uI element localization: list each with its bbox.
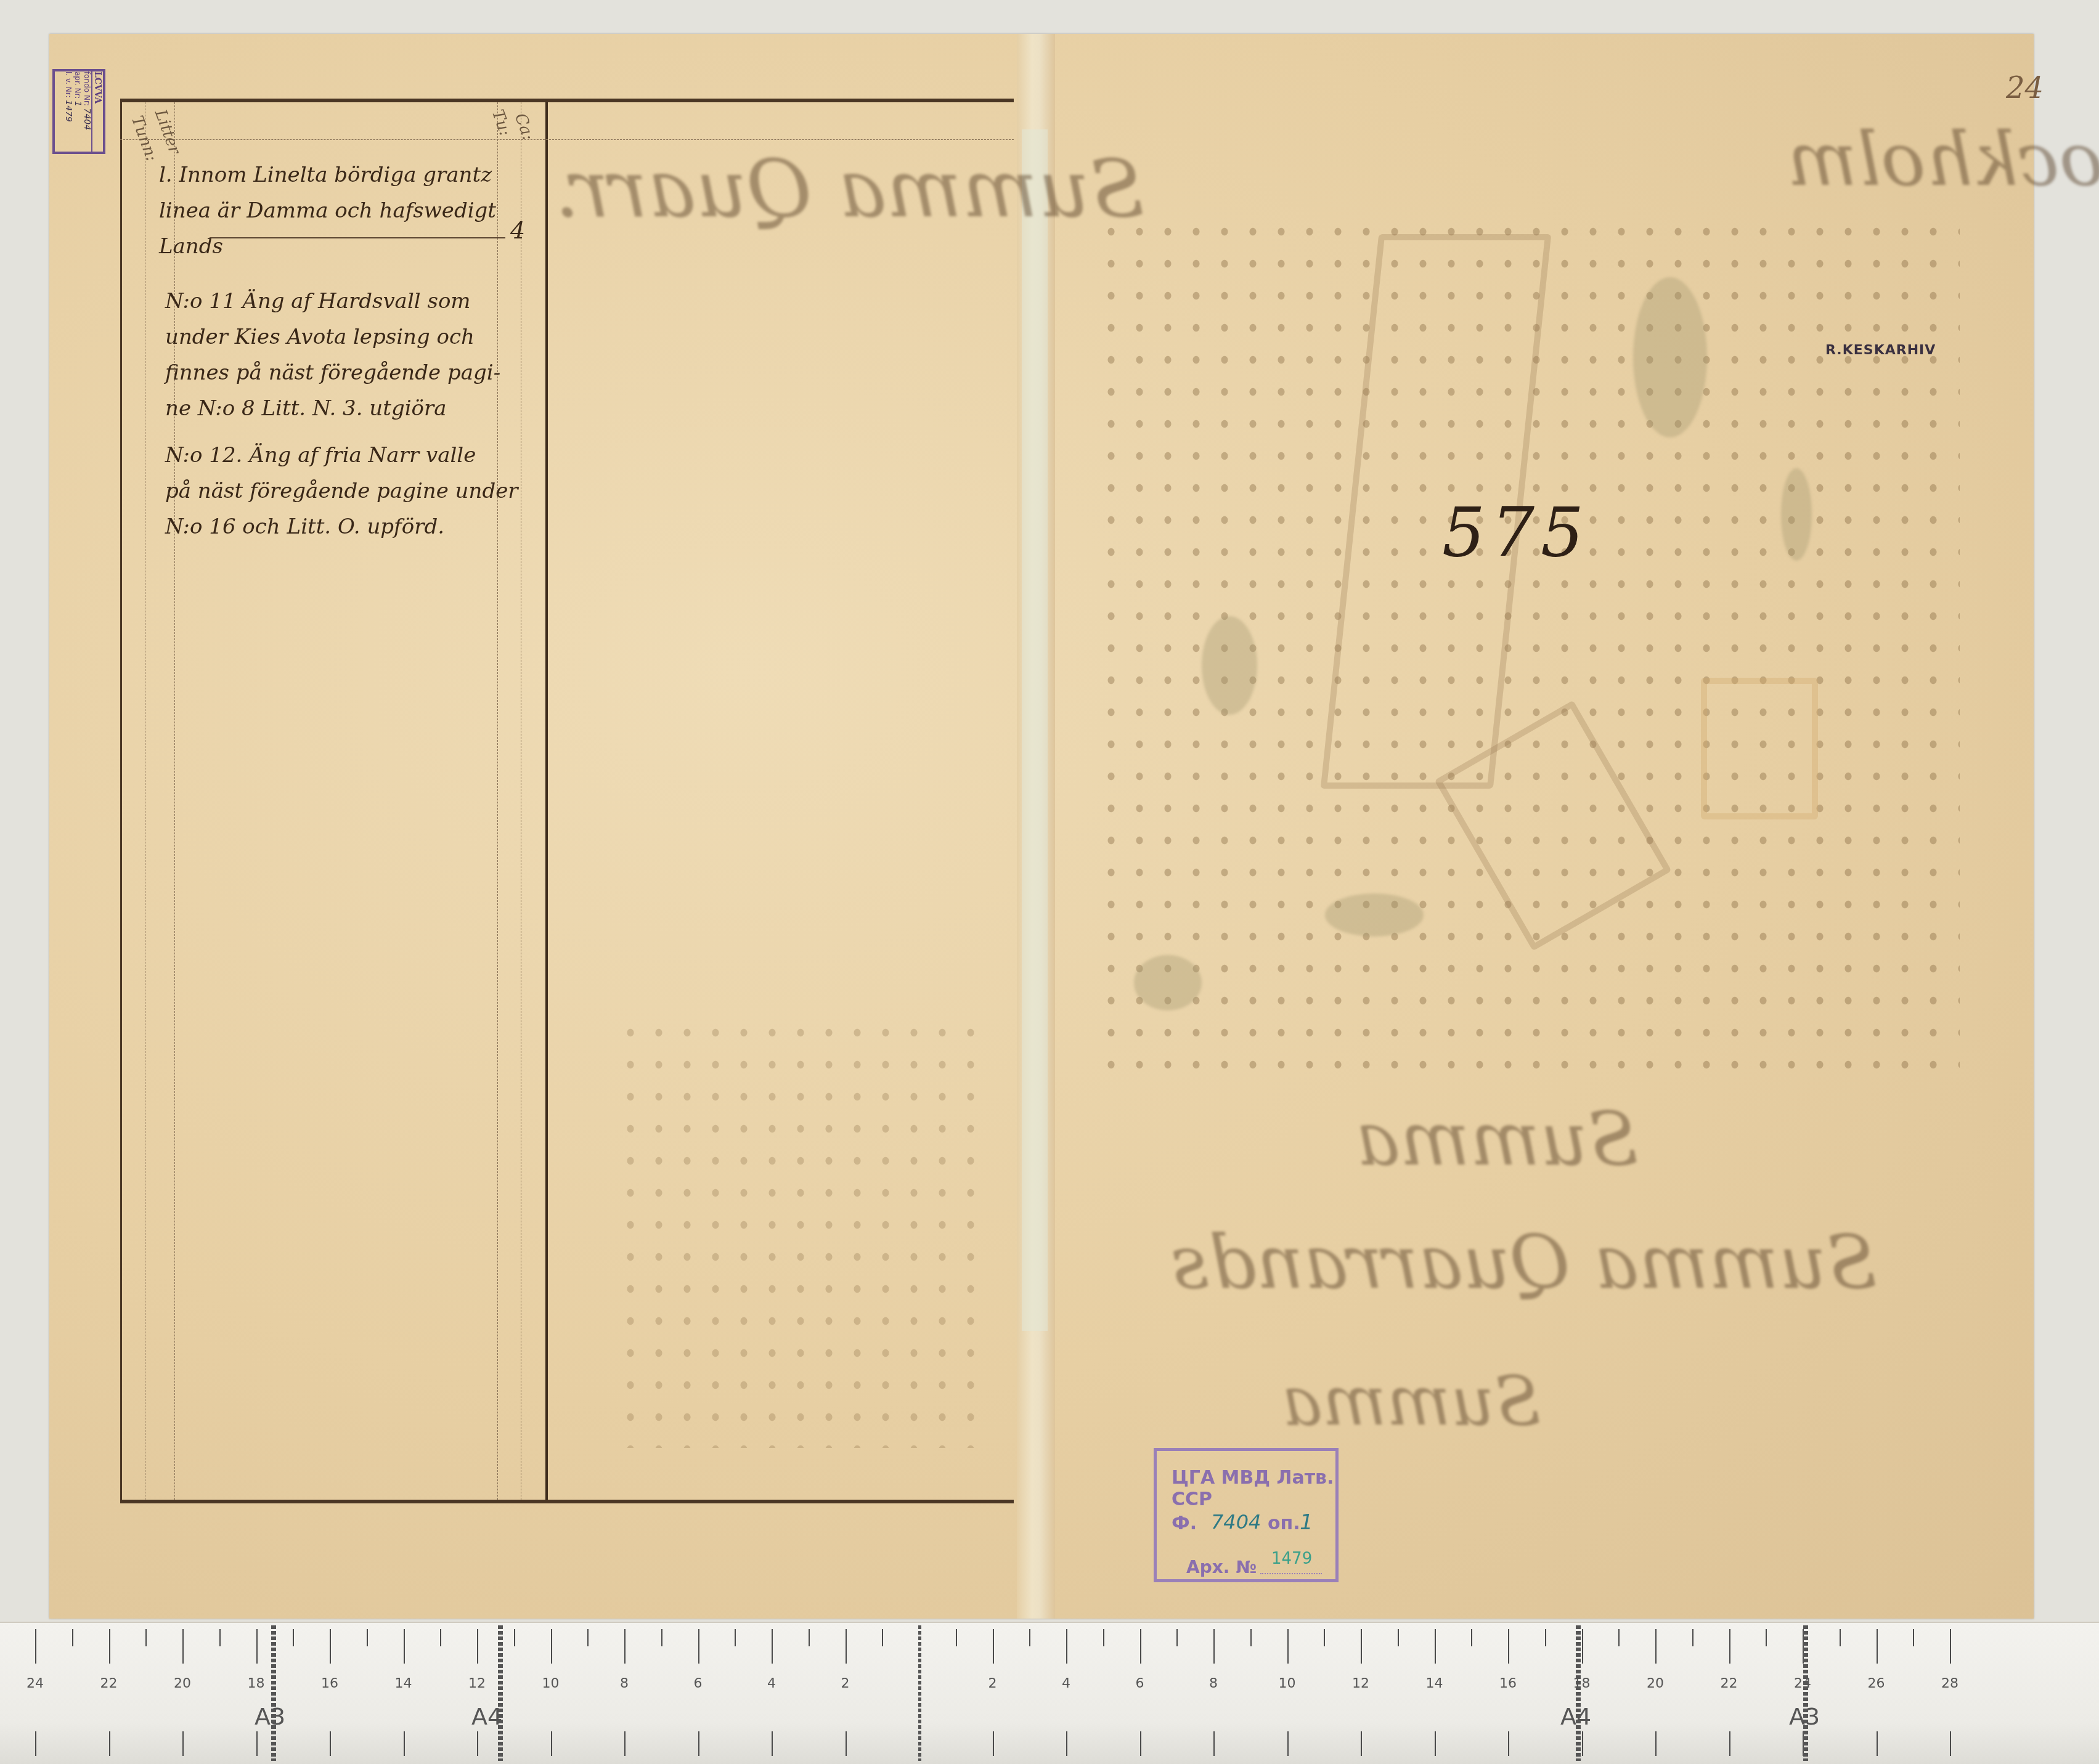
ruler-tick — [1692, 1629, 1693, 1646]
ruler-tick — [1508, 1629, 1509, 1664]
ruler-tick-label: 16 — [1499, 1676, 1517, 1691]
ruler-tick — [330, 1731, 331, 1756]
ruler-tick — [698, 1731, 699, 1756]
ruler-format-label: A3 — [255, 1703, 285, 1730]
ruler-tick — [1435, 1629, 1436, 1664]
repair-tape — [1022, 129, 1048, 1331]
parcel-number: 575 — [1442, 493, 1590, 572]
map-lake — [1134, 955, 1202, 1010]
ruler-tick — [698, 1629, 699, 1664]
ruler-tick-label: 14 — [395, 1676, 412, 1691]
stamp-fond-label: Ф. — [1172, 1513, 1197, 1534]
ruler-tick-label: 6 — [694, 1676, 703, 1691]
ruler-tick — [1287, 1629, 1289, 1664]
archive-stamp-cga: ЦГА МВД Латв. ССР Ф. 7404 оп. 1 Арх. № 1… — [1154, 1448, 1339, 1582]
ruler-tick — [993, 1629, 994, 1664]
ruler-tick — [772, 1629, 773, 1664]
ruler-tick-label: 14 — [1426, 1676, 1443, 1691]
ruler-format-label: A4 — [1560, 1703, 1591, 1730]
ruler-tick — [256, 1629, 258, 1664]
bleed-through-dots — [616, 1017, 986, 1448]
entry-line: ne N:o 8 Litt. N. 3. utgiöra — [165, 391, 486, 426]
ledger-col-line — [145, 102, 145, 1500]
ruler-tick — [1840, 1629, 1841, 1646]
ruler-tick — [1877, 1629, 1878, 1664]
ruler-tick — [182, 1731, 184, 1756]
ruler-tick — [551, 1629, 552, 1664]
ruler-center-mark — [918, 1625, 921, 1761]
ledger-entry: N:o 11 Äng af Hardsvall som under Kies A… — [165, 283, 486, 426]
entry-line: Lands — [159, 229, 479, 264]
ledger-col-divider — [545, 102, 548, 1500]
ruler-tick — [1029, 1629, 1030, 1646]
stamp-arch-label: Арх. № — [1186, 1557, 1257, 1577]
ruler-tick — [1729, 1731, 1730, 1756]
ruler-tick — [1877, 1731, 1878, 1756]
ruler-tick — [624, 1629, 626, 1664]
entry-line: N:o 12. Äng af fria Narr valle — [165, 437, 486, 473]
ruler-tick — [219, 1629, 221, 1646]
ruler-tick — [993, 1731, 994, 1756]
stamp-fond-value: 7404 — [1211, 1510, 1261, 1534]
ruler-tick-label: 22 — [100, 1676, 118, 1691]
ruler-tick — [1582, 1629, 1583, 1664]
page-number: 24 — [2006, 71, 2044, 105]
col-header: Ca: — [511, 111, 537, 143]
stamp-fond-label: fondo Nr: — [83, 71, 91, 106]
ledger-col-line — [521, 102, 521, 1500]
ruler-tick-label: 6 — [1136, 1676, 1144, 1691]
ledger-left-border — [120, 102, 122, 1500]
entry-line: N:o 16 och Litt. O. upförd. — [165, 509, 486, 545]
stamp-fond-value: 7404 — [82, 108, 92, 131]
ruler-tick — [440, 1629, 441, 1646]
ruler-tick-label: 4 — [767, 1676, 776, 1691]
stamp-title: LCVVA — [91, 71, 102, 152]
stamp-dotted-line — [1260, 1573, 1322, 1574]
ruler-tick — [1361, 1629, 1362, 1664]
ruler-tick — [1950, 1629, 1951, 1664]
ruler-tick — [1398, 1629, 1399, 1646]
ruler-tick-label: 2 — [988, 1676, 997, 1691]
ruler-tick — [661, 1629, 662, 1646]
ledger-col-line — [497, 102, 498, 1500]
ruler-tick — [1066, 1629, 1067, 1664]
ruler-tick — [1213, 1629, 1215, 1664]
ruler-a4-mark — [1576, 1625, 1581, 1761]
ruler-tick-label: 26 — [1868, 1676, 1885, 1691]
ruler-tick-label: 8 — [620, 1676, 629, 1691]
ruler-tick — [1250, 1629, 1252, 1646]
ruler-tick — [35, 1731, 36, 1756]
ruler-tick-label: 18 — [248, 1676, 265, 1691]
ruler-tick — [404, 1629, 405, 1664]
ruler-tick-label: 10 — [542, 1676, 560, 1691]
ruler-tick-label: 22 — [1721, 1676, 1738, 1691]
stamp-lv-value: 1479 — [63, 100, 73, 122]
ruler-tick — [1176, 1629, 1178, 1646]
ruler-a4-mark — [498, 1625, 503, 1761]
ruler-tick — [1729, 1629, 1730, 1664]
ruler-tick-label: 2 — [841, 1676, 850, 1691]
entry-line: på näst föregående pagine under — [165, 473, 486, 509]
ruler-tick — [1324, 1629, 1325, 1646]
ruler-tick — [1066, 1731, 1067, 1756]
ruler-tick — [846, 1629, 847, 1664]
ruler-tick — [1435, 1731, 1436, 1756]
ruler-tick — [587, 1629, 589, 1646]
entry-separator — [210, 237, 505, 238]
ruler-tick-label: 28 — [1941, 1676, 1958, 1691]
ruler-tick — [1618, 1629, 1620, 1646]
ruler-tick — [477, 1629, 478, 1664]
map-lake — [1202, 616, 1257, 715]
ruler-tick — [72, 1629, 73, 1646]
ruler-tick — [1545, 1629, 1546, 1646]
bleed-through-heading: Stockholm — [1787, 117, 2099, 203]
ruler-tick — [1140, 1629, 1141, 1664]
archive-mark: R.KESKARHIV — [1825, 343, 1936, 358]
stamp-op-label: оп. — [1268, 1513, 1300, 1534]
entry-line: l. Innom Linelta bördiga grantz — [159, 157, 479, 193]
ruler-tick-label: 20 — [174, 1676, 191, 1691]
ruler-tick — [772, 1731, 773, 1756]
bleed-through-summa: Summa — [1282, 1362, 1541, 1441]
ruler-tick-label: 20 — [1647, 1676, 1664, 1691]
ruler-tick — [477, 1731, 478, 1756]
ruler-tick — [1508, 1731, 1509, 1756]
map-lake — [1781, 468, 1812, 561]
ledger-entry: l. Innom Linelta bördiga grantz linea är… — [159, 157, 479, 264]
ruler-tick — [404, 1731, 405, 1756]
stamp-lv-label: l. v. Nr: — [64, 71, 73, 98]
map-pond-outline — [1701, 678, 1818, 819]
ruler-tick — [1913, 1629, 1914, 1646]
ruler-tick — [256, 1731, 258, 1756]
ruler-tick-label: 12 — [1352, 1676, 1369, 1691]
ruler-tick — [1103, 1629, 1104, 1646]
ruler-tick — [1471, 1629, 1472, 1646]
ruler-tick — [846, 1731, 847, 1756]
entry-line: N:o 11 Äng af Hardsvall som — [165, 283, 486, 319]
ruler-tick — [182, 1629, 184, 1664]
ruler-tick — [1950, 1731, 1951, 1756]
bleed-through-summa-quarrands: Summa Quarrands — [1171, 1220, 1877, 1306]
ruler-tick-label: 4 — [1062, 1676, 1070, 1691]
ruler-a3-mark — [1803, 1625, 1808, 1761]
entry-line: under Kies Avota lepsing och — [165, 319, 486, 355]
ruler-tick — [1655, 1629, 1657, 1664]
ruler-tick-label: 24 — [1794, 1676, 1811, 1691]
stamp-op-value: 1 — [1300, 1510, 1313, 1535]
bleed-through-heading: Summa Quarr. — [555, 142, 1144, 235]
ruler-tick-label: 10 — [1279, 1676, 1296, 1691]
ruler-tick — [330, 1629, 331, 1664]
ruler-tick-label: 8 — [1209, 1676, 1218, 1691]
ruler-tick — [1140, 1731, 1141, 1756]
col-header: Tu: — [488, 107, 515, 139]
stamp-apr-value: 1 — [73, 101, 83, 107]
ruler-tick — [514, 1629, 515, 1646]
ruler-tick — [367, 1629, 368, 1646]
ruler-tick — [109, 1629, 110, 1664]
stamp-title: ЦГА МВД Латв. ССР — [1172, 1467, 1335, 1510]
ruler-tick — [293, 1629, 294, 1646]
ruler-tick — [956, 1629, 957, 1646]
ruler-tick-label: 24 — [26, 1676, 44, 1691]
ruler-tick — [1766, 1629, 1767, 1646]
ruler-tick-label: 16 — [321, 1676, 338, 1691]
ledger-entry: N:o 12. Äng af fria Narr valle på näst f… — [165, 437, 486, 545]
ruler-a3-mark — [271, 1625, 276, 1761]
ruler-tick — [735, 1629, 736, 1646]
entry-line: linea är Damma och hafswedigt — [159, 193, 479, 229]
ruler-tick — [1655, 1731, 1657, 1756]
ledger-header-line — [120, 139, 1014, 140]
archive-stamp-lcvva: LCVVA fondo Nr: 7404 apr. Nr: 1 l. v. Nr… — [52, 69, 105, 154]
stamp-arch-value: 1479 — [1271, 1550, 1312, 1568]
ruler-tick — [551, 1731, 552, 1756]
entry-count: 4 — [510, 217, 525, 244]
map-lake — [1325, 893, 1424, 937]
ruler-format-label: A3 — [1789, 1703, 1820, 1730]
entry-line: finnes på näst föregående pagi- — [165, 355, 486, 391]
map-lake — [1633, 277, 1707, 437]
ruler-tick — [1213, 1731, 1215, 1756]
ruler-tick — [1361, 1731, 1362, 1756]
ruler-tick — [809, 1629, 810, 1646]
bleed-through-summa: Summa — [1356, 1097, 1639, 1182]
ruler-tick-label: 12 — [468, 1676, 486, 1691]
ruler-tick — [109, 1731, 110, 1756]
ruler-tick — [1582, 1731, 1583, 1756]
measurement-ruler: 2826242220181614121086422468101214161820… — [0, 1622, 2099, 1764]
stamp-apr-label: apr. Nr: — [73, 71, 82, 99]
ruler-tick — [882, 1629, 883, 1646]
ruler-format-label: A4 — [471, 1703, 502, 1730]
ruler-tick — [1287, 1731, 1289, 1756]
ruler-tick — [35, 1629, 36, 1664]
ruler-tick — [145, 1629, 147, 1646]
ruler-tick — [624, 1731, 626, 1756]
